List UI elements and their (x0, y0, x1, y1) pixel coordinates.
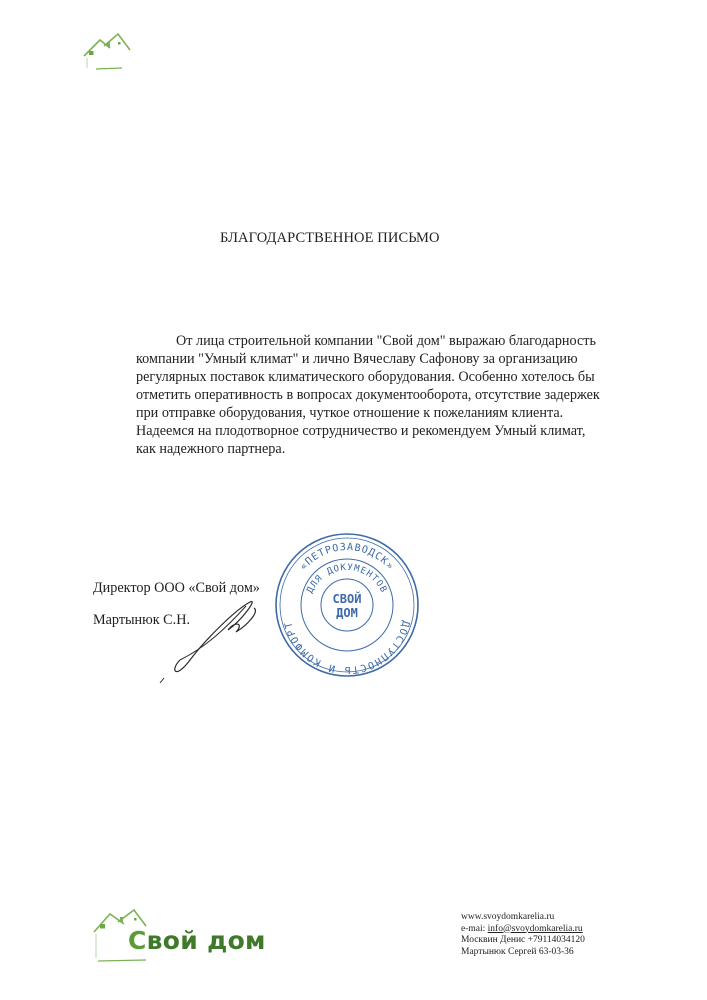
svg-text:«ПЕТРОЗАВОДСК»: «ПЕТРОЗАВОДСК» (298, 542, 396, 573)
letter-body: От лица строительной компании "Свой дом"… (136, 332, 606, 458)
contact-moskvin: Москвин Денис +79114034120 (461, 935, 585, 947)
svg-text:СВОЙ: СВОЙ (333, 591, 362, 606)
signature-icon (150, 590, 270, 685)
house-logo-icon (82, 30, 134, 72)
contact-block: www.svoydomkarelia.ru e-mai: info@svoydo… (461, 912, 585, 958)
brand-logo-text: Свой дом (128, 926, 266, 955)
svg-text:ДОСТУПНОСТЬ И КОМФОРТ: ДОСТУПНОСТЬ И КОМФОРТ (283, 620, 411, 675)
svg-text:ДОМ: ДОМ (336, 606, 358, 620)
contact-martynyuk: Мартынюк Сергей 63-03-36 (461, 947, 585, 959)
company-stamp: «ПЕТРОЗАВОДСК» ДОСТУПНОСТЬ И КОМФОРТ ДЛЯ… (272, 530, 422, 680)
letter-paragraph: От лица строительной компании "Свой дом"… (136, 332, 606, 458)
email-link[interactable]: info@svoydomkarelia.ru (488, 924, 583, 934)
website-link[interactable]: www.svoydomkarelia.ru (461, 912, 585, 924)
document-title: БЛАГОДАРСТВЕННОЕ ПИСЬМО (220, 230, 440, 247)
email-line: e-mai: info@svoydomkarelia.ru (461, 924, 585, 936)
